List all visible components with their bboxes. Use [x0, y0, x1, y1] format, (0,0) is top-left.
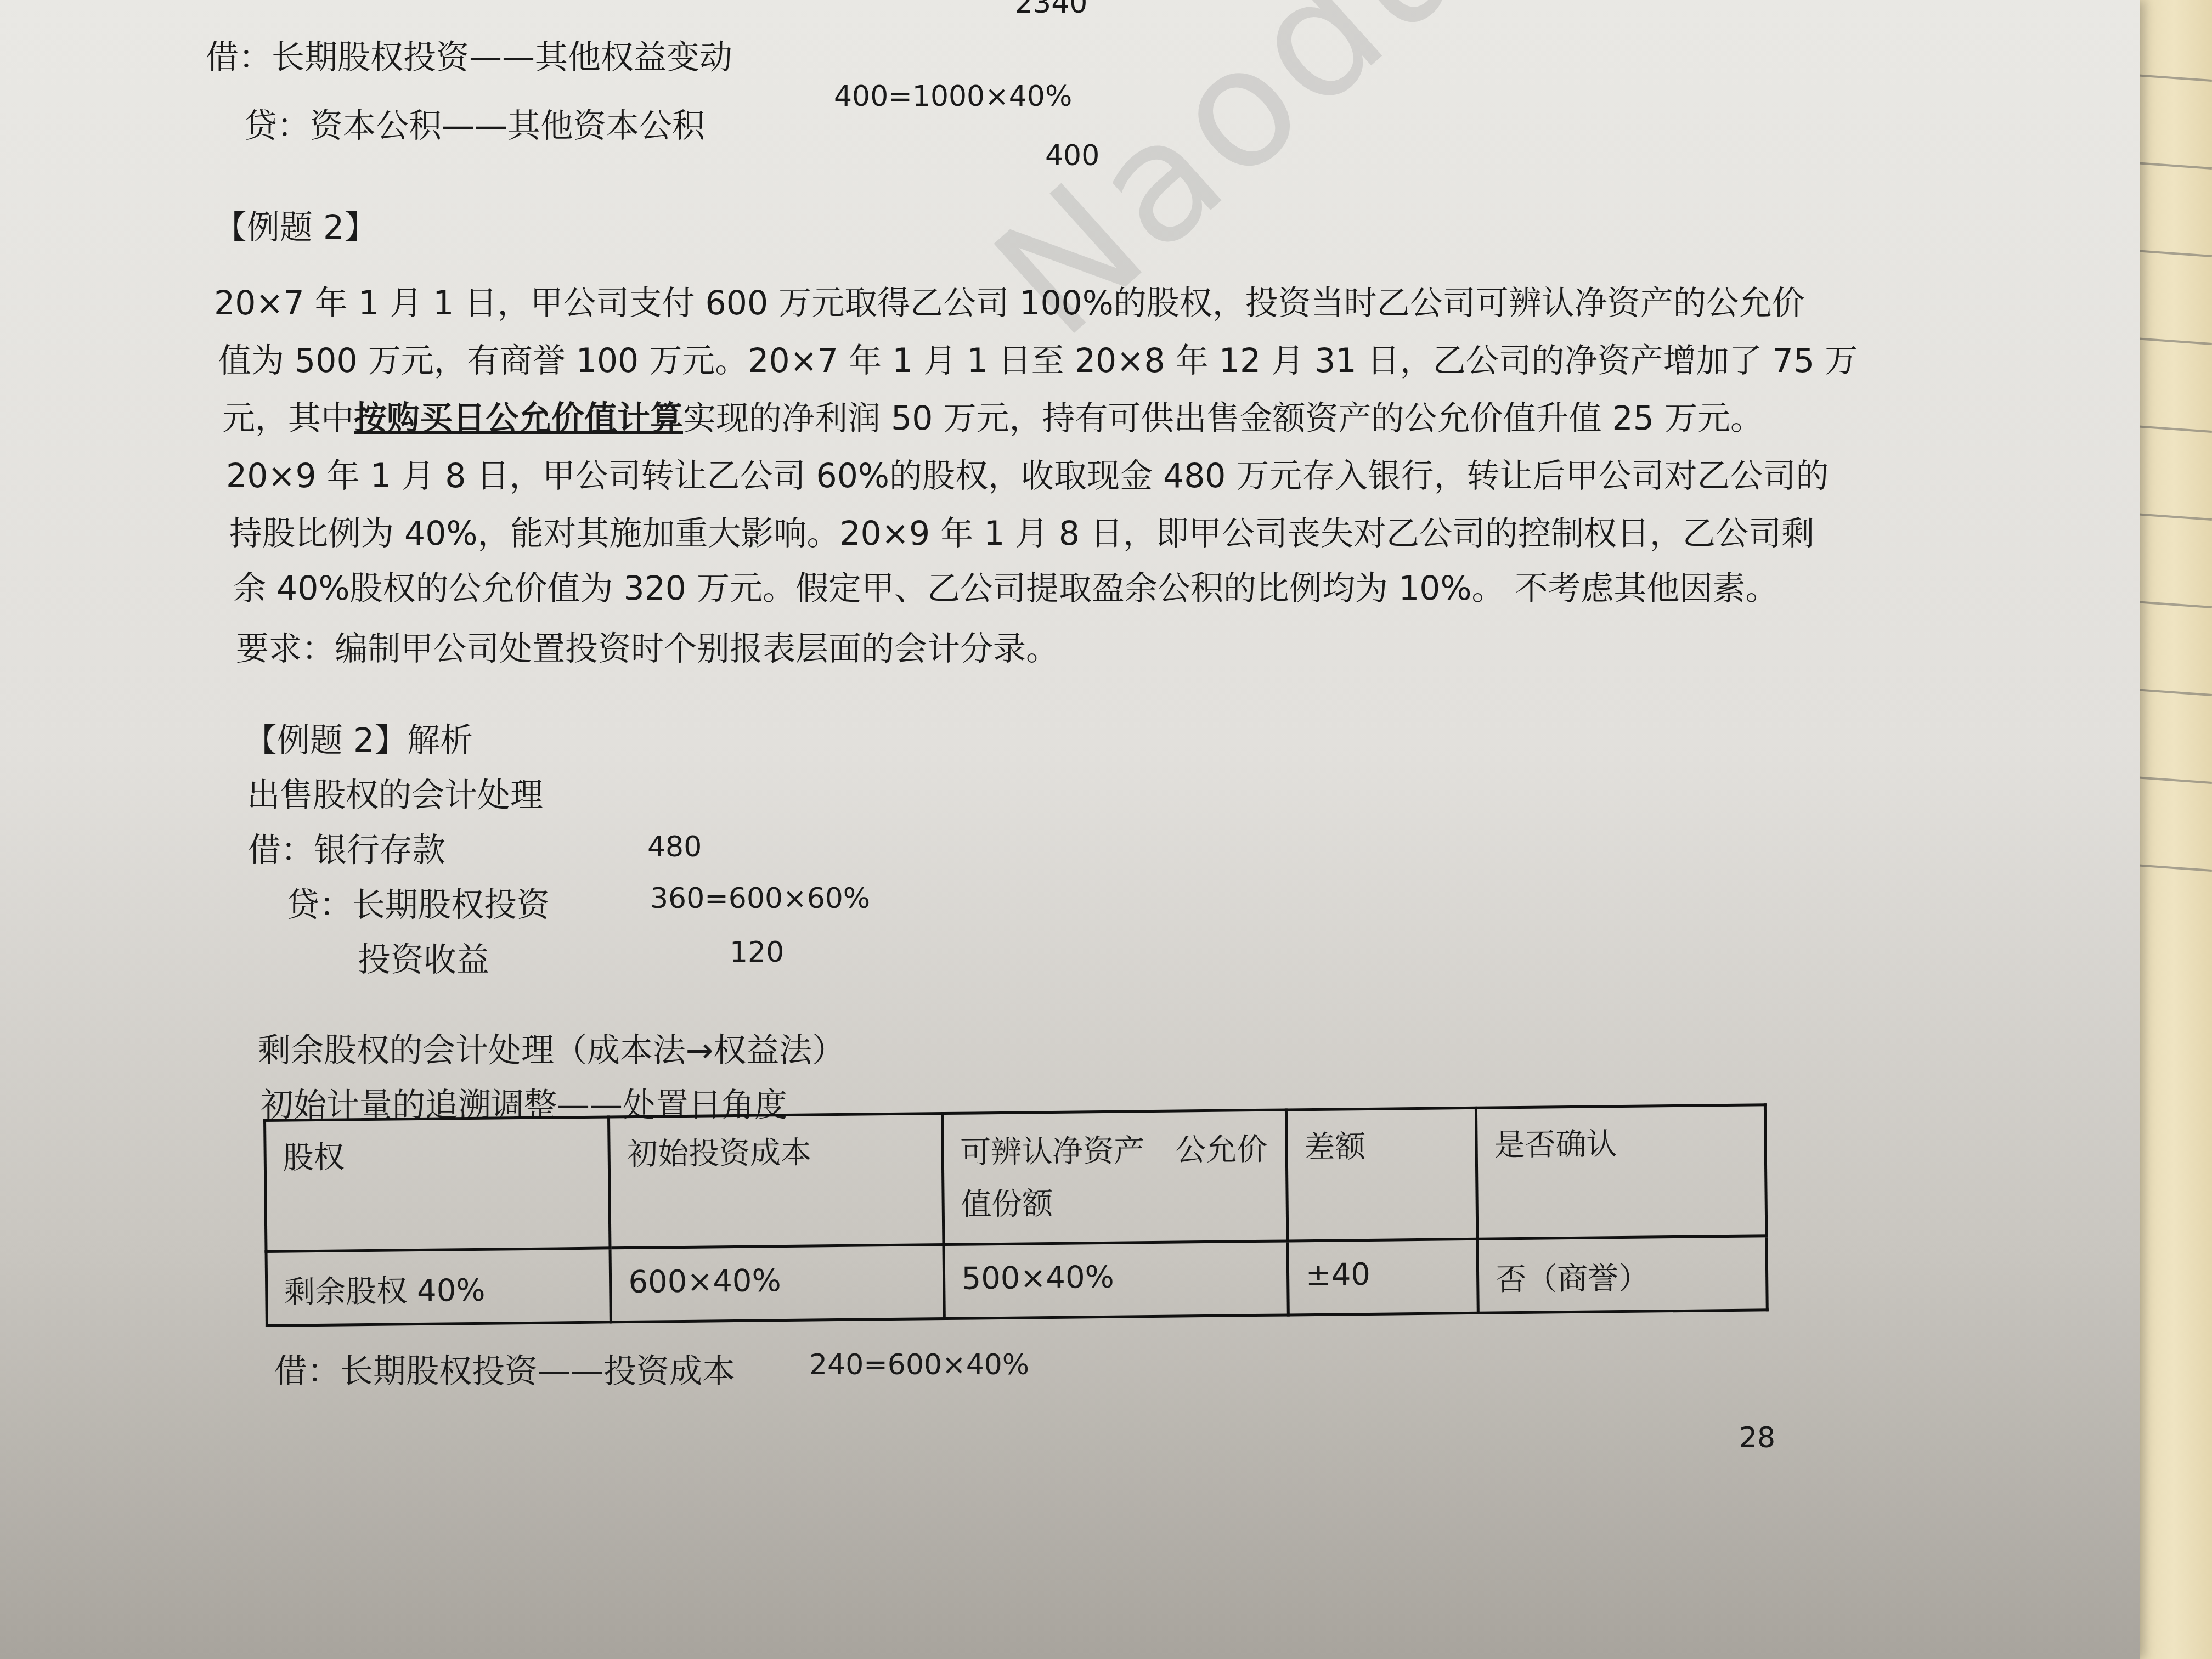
example-line-1: 20×7 年 1 月 1 日，甲公司支付 600 万元取得乙公司 100%的股权…	[214, 277, 1805, 324]
cutoff-number: 2340	[1015, 0, 1087, 18]
highlight-phrase: 按购买日公允价值计算	[354, 399, 683, 438]
example-line-2: 值为 500 万元，有商誉 100 万元。20×7 年 1 月 1 日至 20×…	[218, 335, 1858, 382]
sale-heading: 出售股权的会计处理	[247, 779, 543, 812]
example-line-3: 元，其中按购买日公允价值计算实现的净利润 50 万元，持有可供出售金额资产的公允…	[222, 392, 1763, 439]
example-line-4: 20×9 年 1 月 8 日，甲公司转让乙公司 60%的股权，收取现金 480 …	[226, 450, 1829, 497]
entry1-credit-amount: 400	[1045, 142, 1099, 170]
entry1-debit-label: 借：长期股权投资——其他权益变动	[206, 41, 732, 74]
data-cell: ±40	[1288, 1239, 1479, 1316]
document-page: Naodun 2340 借：长期股权投资——其他权益变动 400=1000×40…	[0, 0, 2140, 1659]
data-cell: 否（商誉）	[1477, 1236, 1767, 1313]
page-number: 28	[1739, 1424, 1775, 1452]
remaining-heading: 剩余股权的会计处理（成本法→权益法）	[258, 1034, 845, 1067]
sale-entry-3-label: 投资收益	[358, 944, 489, 977]
sale-entry-2-label: 贷：长期股权投资	[286, 889, 550, 922]
example-line-6: 余 40%股权的公允价值为 320 万元。假定甲、乙公司提取盈余公积的比例均为 …	[233, 562, 1779, 610]
data-cell: 剩余股权 40%	[266, 1248, 611, 1326]
final-entry-label: 借：长期股权投资——投资成本	[274, 1355, 735, 1388]
desk-background	[2135, 0, 2212, 1659]
header-cell: 初始投资成本	[609, 1114, 944, 1249]
data-cell: 600×40%	[610, 1245, 944, 1322]
sale-entry-3-amount: 120	[730, 938, 784, 967]
header-cell: 是否确认	[1476, 1105, 1766, 1239]
example-line-3-start: 元，其中	[222, 399, 354, 438]
sale-entry-1-label: 借：银行存款	[248, 834, 445, 867]
sale-entry-1-amount: 480	[647, 833, 702, 861]
example-line-5: 持股比例为 40%，能对其施加重大影响。20×9 年 1 月 8 日，即甲公司丧…	[229, 507, 1814, 555]
table-header-row: 股权 初始投资成本 可辨认净资产 公允价值份额 差额 是否确认	[265, 1105, 1767, 1252]
adjustment-table: 股权 初始投资成本 可辨认净资产 公允价值份额 差额 是否确认 剩余股权 40%…	[263, 1103, 1769, 1327]
entry1-debit-amount: 400=1000×40%	[834, 82, 1072, 111]
final-entry-amount: 240=600×40%	[809, 1351, 1029, 1379]
header-cell: 股权	[265, 1117, 611, 1252]
data-cell: 500×40%	[943, 1241, 1288, 1319]
analysis-title: 【例题 2】解析	[244, 724, 473, 757]
example-line-3-rest: 实现的净利润 50 万元，持有可供出售金额资产的公允价值升值 25 万元。	[683, 399, 1763, 438]
header-cell: 差额	[1286, 1108, 1477, 1241]
entry1-credit-label: 贷：资本公积——其他资本公积	[244, 110, 705, 143]
sale-entry-2-amount: 360=600×60%	[650, 884, 870, 913]
header-cell: 可辨认净资产 公允价值份额	[942, 1110, 1288, 1245]
table-row: 剩余股权 40% 600×40% 500×40% ±40 否（商誉）	[266, 1236, 1767, 1326]
example-title: 【例题 2】	[214, 211, 377, 244]
example-line-7: 要求：编制甲公司处置投资时个别报表层面的会计分录。	[236, 623, 1059, 670]
